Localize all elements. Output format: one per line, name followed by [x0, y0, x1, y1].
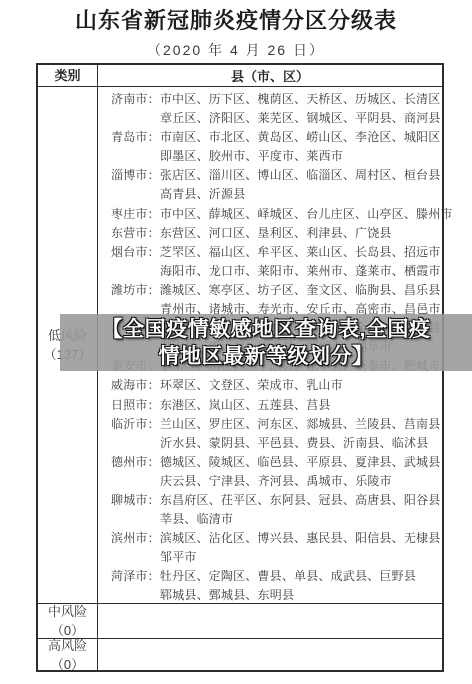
city-name: 枣庄市：	[111, 207, 160, 221]
table-header-row: 类别 县（市、区）	[38, 65, 442, 86]
city-entry-line: 日照市：东港区、岚山区、五莲县、莒县	[111, 396, 453, 415]
high-risk-label: 高风险 （0）	[38, 639, 98, 670]
city-entry-line: 济南市：市中区、历下区、槐荫区、天桥区、历城区、长清区	[111, 90, 453, 109]
city-entry: 临沂市：兰山区、罗庄区、河东区、郯城县、兰陵县、莒南县沂水县、蒙阴县、平邑县、费…	[111, 415, 453, 453]
city-entry-continuation: 莘县、临清市	[111, 510, 453, 529]
city-name: 淄博市：	[111, 168, 160, 182]
city-entry-line: 青岛市：市南区、市北区、黄岛区、崂山区、李沧区、城阳区	[111, 128, 453, 147]
city-entry-line: 威海市：环翠区、文登区、荣成市、乳山市	[111, 376, 453, 395]
city-entry: 菏泽市：牡丹区、定陶区、曹县、单县、成武县、巨野县郓城县、鄄城县、东明县	[111, 567, 453, 605]
city-entry-continuation: 即墨区、胶州市、平度市、莱西市	[111, 147, 453, 166]
document-page: 山东省新冠肺炎疫情分区分级表 （2020 年 4 月 26 日） 类别 县（市、…	[0, 0, 472, 684]
city-name: 青岛市：	[111, 130, 160, 144]
page-title: 山东省新冠肺炎疫情分区分级表	[0, 4, 472, 35]
city-entry-continuation: 沂水县、蒙阴县、平邑县、费县、沂南县、临沭县	[111, 434, 453, 453]
city-name: 东营市：	[111, 226, 160, 240]
city-entry-line: 东营市：东营区、河口区、垦利区、利津县、广饶县	[111, 224, 453, 243]
city-entry-line: 滨州市：滨城区、沾化区、博兴县、惠民县、阳信县、无棣县	[111, 529, 453, 548]
header-category: 类别	[38, 65, 98, 86]
watermark-line-1: 【全国疫情敏感地区查询表,全国疫	[102, 316, 431, 343]
city-name: 菏泽市：	[111, 569, 160, 583]
city-entry-line: 淄博市：张店区、淄川区、博山区、临淄区、周村区、桓台县	[111, 166, 453, 185]
city-entry-line: 枣庄市：市中区、薛城区、峄城区、台儿庄区、山亭区、滕州市	[111, 205, 453, 224]
city-entry: 威海市：环翠区、文登区、荣成市、乳山市	[111, 376, 453, 395]
city-name: 潍坊市：	[111, 283, 160, 297]
table-row-mid-risk: 中风险 （0）	[38, 603, 442, 638]
watermark-overlay: 【全国疫情敏感地区查询表,全国疫 情地区最新等级划分】	[60, 314, 472, 371]
city-entry: 日照市：东港区、岚山区、五莲县、莒县	[111, 396, 453, 415]
city-entry-continuation: 邹平市	[111, 548, 453, 567]
city-name: 日照市：	[111, 398, 160, 412]
city-entry: 青岛市：市南区、市北区、黄岛区、崂山区、李沧区、城阳区即墨区、胶州市、平度市、莱…	[111, 128, 453, 166]
city-name: 聊城市：	[111, 493, 160, 507]
city-entry-line: 烟台市：芝罘区、福山区、牟平区、莱山区、长岛县、招远市	[111, 243, 453, 262]
city-entry-line: 菏泽市：牡丹区、定陶区、曹县、单县、成武县、巨野县	[111, 567, 453, 586]
watermark-line-2: 情地区最新等级划分】	[159, 343, 374, 370]
city-entry: 聊城市：东昌府区、茌平区、东阿县、冠县、高唐县、阳谷县莘县、临清市	[111, 491, 453, 529]
city-entry: 济南市：市中区、历下区、槐荫区、天桥区、历城区、长清区章丘区、济阳区、莱芜区、钢…	[111, 90, 453, 128]
document-date: （2020 年 4 月 26 日）	[0, 40, 472, 60]
mid-risk-label: 中风险 （0）	[38, 604, 98, 638]
city-entry: 滨州市：滨城区、沾化区、博兴县、惠民县、阳信县、无棣县邹平市	[111, 529, 453, 567]
city-entry-continuation: 海阳市、龙口市、莱阳市、莱州市、蓬莱市、栖霞市	[111, 262, 453, 281]
city-name: 威海市：	[111, 378, 160, 392]
city-name: 德州市：	[111, 455, 160, 469]
city-entry: 德州市：德城区、陵城区、临邑县、平原县、夏津县、武城县庆云县、宁津县、齐河县、禹…	[111, 453, 453, 491]
city-entry: 枣庄市：市中区、薛城区、峄城区、台儿庄区、山亭区、滕州市	[111, 205, 453, 224]
city-name: 滨州市：	[111, 531, 160, 545]
city-entry-line: 潍坊市：潍城区、寒亭区、坊子区、奎文区、临朐县、昌乐县	[111, 281, 453, 300]
city-name: 济南市：	[111, 92, 160, 106]
city-entry: 淄博市：张店区、淄川区、博山区、临淄区、周村区、桓台县高青县、沂源县	[111, 166, 453, 204]
risk-count-text: （0）	[51, 655, 84, 674]
city-name: 烟台市：	[111, 245, 160, 259]
city-entry-line: 德州市：德城区、陵城区、临邑县、平原县、夏津县、武城县	[111, 453, 453, 472]
city-entry-continuation: 庆云县、宁津县、齐河县、禹城市、乐陵市	[111, 472, 453, 491]
mid-risk-regions	[98, 604, 442, 638]
city-entry: 烟台市：芝罘区、福山区、牟平区、莱山区、长岛县、招远市海阳市、龙口市、莱阳市、莱…	[111, 243, 453, 281]
high-risk-regions	[98, 639, 442, 670]
city-entry-continuation: 高青县、沂源县	[111, 185, 453, 204]
table-row-high-risk: 高风险 （0）	[38, 638, 442, 670]
city-entry-line: 聊城市：东昌府区、茌平区、东阿县、冠县、高唐县、阳谷县	[111, 491, 453, 510]
city-entry: 东营市：东营区、河口区、垦利区、利津县、广饶县	[111, 224, 453, 243]
city-name: 临沂市：	[111, 417, 160, 431]
risk-level-text: 中风险	[48, 602, 87, 621]
risk-level-text: 高风险	[48, 636, 87, 655]
header-region: 县（市、区）	[98, 65, 442, 86]
city-entry-continuation: 章丘区、济阳区、莱芜区、钢城区、平阴县、商河县	[111, 109, 453, 128]
city-entry-line: 临沂市：兰山区、罗庄区、河东区、郯城县、兰陵县、莒南县	[111, 415, 453, 434]
